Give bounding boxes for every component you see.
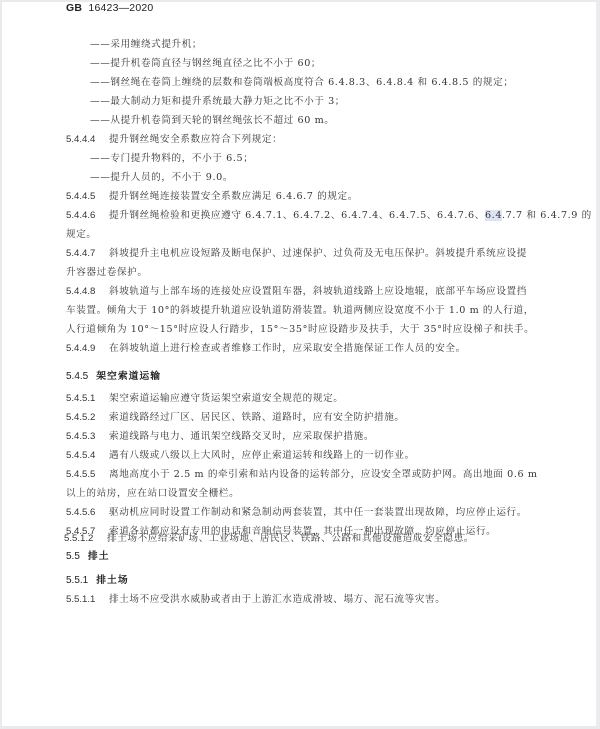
clause-number: 5.4.5.5 xyxy=(66,469,109,481)
section-heading-5-5: 5.5排土 xyxy=(66,548,110,562)
clause-5-4-5-6: 5.4.5.6驱动机应同时设置工作制动和紧急制动两套装置，其中任一套装置出现故障… xyxy=(66,507,527,519)
clause-number: 5.4.5.3 xyxy=(66,431,109,443)
clause-text: 索道线路与电力、通讯架空线路交叉时，应采取保护措施。 xyxy=(109,431,374,442)
list-item: ——提升人员的，不小于 9.0。 xyxy=(90,172,233,184)
clause-5-4-4-9: 5.4.4.9在斜坡轨道上进行检查或者维修工作时，应采取安全措施保证工作人员的安… xyxy=(66,343,466,355)
clause-text: 提升钢丝绳安全系数应符合下列规定： xyxy=(109,134,282,145)
standard-number: 16423—2020 xyxy=(88,2,153,14)
clause-text: 驱动机应同时设置工作制动和紧急制动两套装置，其中任一套装置出现故障，均应停止运行… xyxy=(109,507,527,518)
clause-continuation: 规定。 xyxy=(66,229,97,241)
document-page: GB 16423—2020 ——采用缠绕式提升机； ——提升机卷筒直径与钢丝绳直… xyxy=(2,2,599,726)
clause-5-4-5-2: 5.4.5.2索道线路经过厂区、居民区、铁路、道路时，应有安全防护措施。 xyxy=(66,412,405,424)
clause-text: 斜坡轨道与上部车场的连接处应设置阻车器，斜坡轨道线路上应设地辊，底部平车场应设置… xyxy=(109,286,527,297)
clause-number: 5.4.4.5 xyxy=(66,191,109,203)
clause-5-5-1-1: 5.5.1.1排土场不应受洪水威胁或者由于上游汇水造成滑坡、塌方、泥石流等灾害。 xyxy=(66,594,445,606)
clause-continuation: 人行道倾角为 10°～15°时应设人行踏步，15°～35°时应设踏步及扶手，大于… xyxy=(66,324,534,336)
list-item: ——专门提升物料的，不小于 6.5； xyxy=(90,153,253,165)
section-number: 5.5.1 xyxy=(66,575,88,586)
clause-5-4-5-1: 5.4.5.1架空索道运输应遵守货运架空索道安全规范的规定。 xyxy=(66,393,343,405)
section-number: 5.5 xyxy=(66,551,80,562)
clause-5-4-5-5: 5.4.5.5离地高度小于 2.5 m 的牵引索和站内设备的运转部分，应设安全罩… xyxy=(66,469,538,481)
clause-5-4-4-6: 5.4.4.6提升钢丝绳检验和更换应遵守 6.4.7.1、6.4.7.2、6.4… xyxy=(66,210,592,222)
list-item: ——从提升机卷筒到天轮的钢丝绳弦长不超过 60 m。 xyxy=(90,115,334,127)
clause-number: 5.4.4.6 xyxy=(66,210,109,222)
clause-text: 遇有八级或八级以上大风时，应停止索道运转和线路上的一切作业。 xyxy=(109,450,415,461)
clause-number: 5.4.5.6 xyxy=(66,507,109,519)
clause-text: 在斜坡轨道上进行检查或者维修工作时，应采取安全措施保证工作人员的安全。 xyxy=(109,343,466,354)
text-selection-highlight[interactable]: 6.4 xyxy=(485,210,502,221)
clause-number: 5.4.5.4 xyxy=(66,450,109,462)
clause-text: 提升钢丝绳检验和更换应遵守 6.4.7.1、6.4.7.2、6.4.7.4、6.… xyxy=(109,210,485,221)
section-title: 排土场 xyxy=(96,575,128,586)
page-header: GB 16423—2020 xyxy=(66,2,153,14)
clause-5-4-4-8: 5.4.4.8斜坡轨道与上部车场的连接处应设置阻车器，斜坡轨道线路上应设地辊，底… xyxy=(66,286,527,298)
clause-5-4-4-5: 5.4.4.5提升钢丝绳连接装置安全系数应满足 6.4.6.7 的规定。 xyxy=(66,191,358,203)
clause-number: 5.4.5.2 xyxy=(66,412,109,424)
section-number: 5.4.5 xyxy=(66,371,88,382)
clause-5-4-4-4: 5.4.4.4提升钢丝绳安全系数应符合下列规定： xyxy=(66,134,282,146)
section-title: 架空索道运输 xyxy=(96,371,161,382)
clause-text: 斜坡提升主电机应设短路及断电保护、过速保护、过负荷及无电压保护。斜坡提升系统应设… xyxy=(109,248,527,259)
clause-continuation: 升容器过卷保护。 xyxy=(66,267,148,279)
clause-number: 5.4.4.8 xyxy=(66,286,109,298)
section-heading-5-5-1: 5.5.1排土场 xyxy=(66,572,129,586)
clause-text: 架空索道运输应遵守货运架空索道安全规范的规定。 xyxy=(109,393,343,404)
clause-text: .7.7 和 6.4.7.9 的 xyxy=(502,210,592,221)
clause-5-5-1-2: 5.5.1.2排土场不应给采矿场、工业场地、居民区、铁路、公路和其他设施造成安全… xyxy=(64,533,474,545)
clause-number: 5.4.5.1 xyxy=(66,393,109,405)
clause-number: 5.5.1.2 xyxy=(64,533,107,545)
list-item: ——最大制动力矩和提升系统最大静力矩之比不小于 3； xyxy=(90,96,345,108)
standard-code: GB xyxy=(66,2,82,14)
clause-text: 索道线路经过厂区、居民区、铁路、道路时，应有安全防护措施。 xyxy=(109,412,405,423)
list-item: ——采用缠绕式提升机； xyxy=(90,39,202,51)
clause-text: 提升钢丝绳连接装置安全系数应满足 6.4.6.7 的规定。 xyxy=(109,191,358,202)
list-item: ——钢丝绳在卷筒上缠绕的层数和卷筒端板高度符合 6.4.8.3、6.4.8.4 … xyxy=(90,77,514,89)
clause-number: 5.4.4.9 xyxy=(66,343,109,355)
clause-text: 排土场不应给采矿场、工业场地、居民区、铁路、公路和其他设施造成安全隐患。 xyxy=(107,533,474,544)
clause-number: 5.4.4.4 xyxy=(66,134,109,146)
clause-text: 排土场不应受洪水威胁或者由于上游汇水造成滑坡、塌方、泥石流等灾害。 xyxy=(109,594,445,605)
list-item: ——提升机卷筒直径与钢丝绳直径之比不小于 60； xyxy=(90,58,321,70)
clause-5-4-5-3: 5.4.5.3索道线路与电力、通讯架空线路交叉时，应采取保护措施。 xyxy=(66,431,374,443)
clause-5-4-5-4: 5.4.5.4遇有八级或八级以上大风时，应停止索道运转和线路上的一切作业。 xyxy=(66,450,415,462)
clause-number: 5.4.4.7 xyxy=(66,248,109,260)
clause-number: 5.5.1.1 xyxy=(66,594,109,606)
section-heading-5-4-5: 5.4.5架空索道运输 xyxy=(66,368,161,382)
clause-continuation: 以上的站房，应在站口设置安全栅栏。 xyxy=(66,488,239,500)
section-title: 排土 xyxy=(88,551,110,562)
clause-5-4-4-7: 5.4.4.7斜坡提升主电机应设短路及断电保护、过速保护、过负荷及无电压保护。斜… xyxy=(66,248,527,260)
clause-text: 离地高度小于 2.5 m 的牵引索和站内设备的运转部分，应设安全罩或防护网。高出… xyxy=(109,469,538,480)
clause-continuation: 车装置。倾角大于 10°的斜坡提升轨道应设轨道防滑装置。轨道两侧应设宽度不小于 … xyxy=(66,305,534,317)
